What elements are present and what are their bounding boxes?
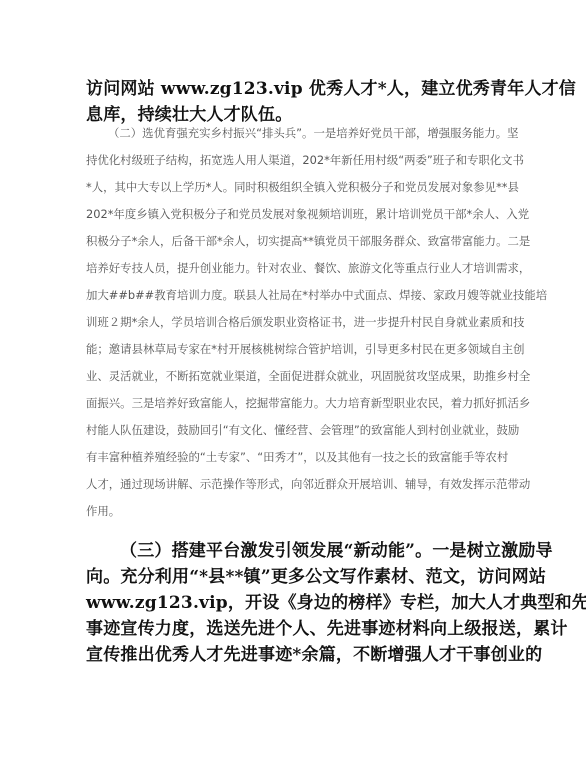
section-three-paragraph: （三）搭建平台激发引领发展“新动能”。一是树立激励导 向。充分利用“*县**镇”… bbox=[86, 538, 506, 668]
text-line: 培养好专技人员，提升创业能力。针对农业、餐饮、旅游文化等重点行业人才培训需求， bbox=[86, 255, 506, 282]
text-line: （二）选优育强充实乡村振兴“排头兵”。一是培养好党员干部，增强服务能力。坚 bbox=[86, 120, 506, 147]
text-line: 能；邀请县林草局专家在*村开展核桃树综合管护培训，引导更多村民在更多领域自主创 bbox=[86, 336, 506, 363]
text-line: （三）搭建平台激发引领发展“新动能”。一是树立激励导 bbox=[86, 538, 506, 564]
text-line: www.zg123.vip，开设《身边的榜样》专栏，加大人才典型和先进 bbox=[86, 590, 506, 616]
section-two-paragraph: （二）选优育强充实乡村振兴“排头兵”。一是培养好党员干部，增强服务能力。坚 持优… bbox=[86, 120, 506, 525]
text-line: 向。充分利用“*县**镇”更多公文写作素材、范文，访问网站 bbox=[86, 564, 506, 590]
text-line: 202*年度乡镇入党积极分子和党员发展对象视频培训班，累计培训党员干部*余人、入… bbox=[86, 201, 506, 228]
text-line: 加大##b##教育培训力度。联县人社局在*村举办中式面点、焊接、家政月嫂等就业技… bbox=[86, 282, 506, 309]
text-line: 持优化村级班子结构，拓宽选人用人渠道，202*年新任用村级“两委”班子和专职化文… bbox=[86, 147, 506, 174]
text-line: 训班２期*余人，学员培训合格后颁发职业资格证书，进一步提升村民自身就业素质和技 bbox=[86, 309, 506, 336]
text-line: 有丰富种植养殖经验的“土专家”、“田秀才”，以及其他有一技之长的致富能手等农村 bbox=[86, 444, 506, 471]
document-page: 访问网站 www.zg123.vip 优秀人才*人，建立优秀青年人才信 息库，持… bbox=[0, 0, 586, 759]
text-line: 面振兴。三是培养好致富能人，挖掘带富能力。大力培育新型职业农民，着力抓好抓活乡 bbox=[86, 390, 506, 417]
text-line: 村能人队伍建设，鼓励回引“有文化、懂经营、会管理”的致富能人到村创业就业，鼓励 bbox=[86, 417, 506, 444]
text-line: 作用。 bbox=[86, 498, 506, 525]
text-line: 业、灵活就业，不断拓宽就业渠道，全面促进群众就业，巩固脱贫攻坚成果，助推乡村全 bbox=[86, 363, 506, 390]
text-line: 宣传推出优秀人才先进事迹*余篇，不断增强人才干事创业的 bbox=[86, 642, 506, 668]
text-line: 人才，通过现场讲解、示范操作等形式，向邻近群众开展培训、辅导，有效发挥示范带动 bbox=[86, 471, 506, 498]
text-line: 事迹宣传力度，选送先进个人、先进事迹材料向上级报送，累计 bbox=[86, 616, 506, 642]
text-line: 积极分子*余人，后备干部*余人，切实提高**镇党员干部服务群众、致富带富能力。二… bbox=[86, 228, 506, 255]
text-line: 访问网站 www.zg123.vip 优秀人才*人，建立优秀青年人才信 bbox=[86, 76, 506, 102]
text-line: *人，其中大专以上学历*人。同时积极组织全镇入党积极分子和党员发展对象参见**县 bbox=[86, 174, 506, 201]
